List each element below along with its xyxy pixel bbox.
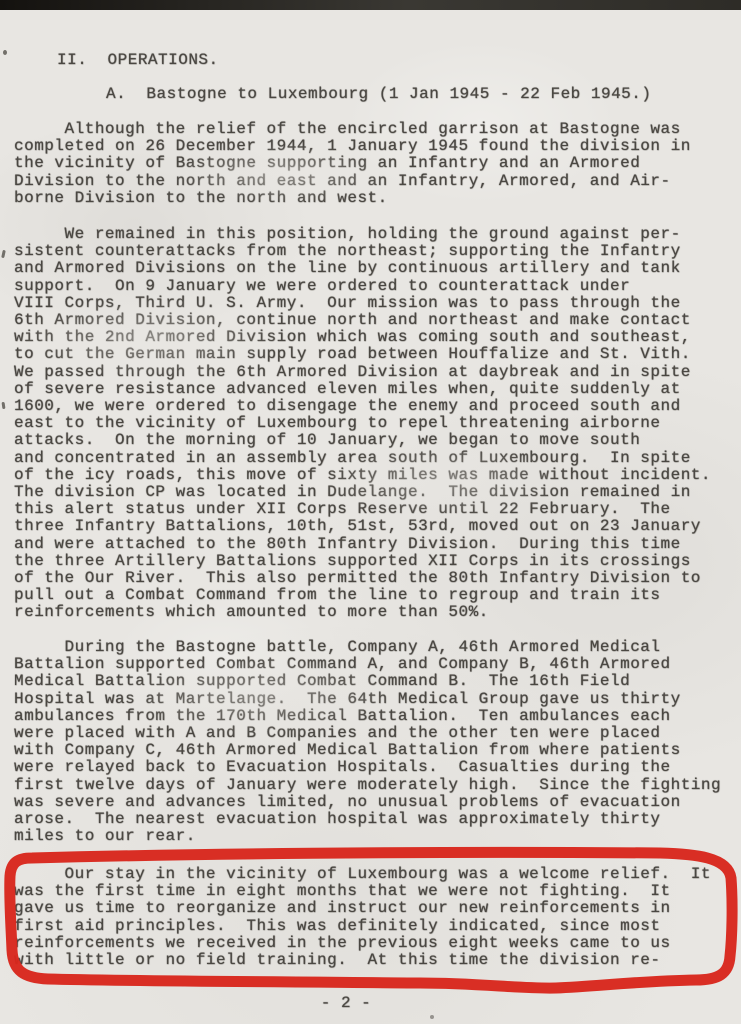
paragraph-1: Although the relief of the encircled gar… (14, 121, 691, 207)
paragraph-3: During the Bastogne battle, Company A, 4… (14, 639, 721, 845)
scan-speck (430, 1015, 434, 1019)
scan-speck (1, 250, 6, 258)
page-number: - 2 - (0, 995, 692, 1012)
scan-top-edge (0, 0, 741, 10)
scan-speck (2, 402, 6, 409)
document-page: II. OPERATIONS. A. Bastogne to Luxembour… (0, 0, 741, 1024)
section-subheading: A. Bastogne to Luxembourg (1 Jan 1945 - … (106, 86, 651, 103)
highlighted-paragraph: Our stay in the vicinity of Luxembourg w… (14, 866, 711, 969)
scan-speck (3, 50, 7, 55)
paragraph-2: We remained in this position, holding th… (14, 226, 711, 622)
section-heading: II. OPERATIONS. (57, 52, 219, 69)
